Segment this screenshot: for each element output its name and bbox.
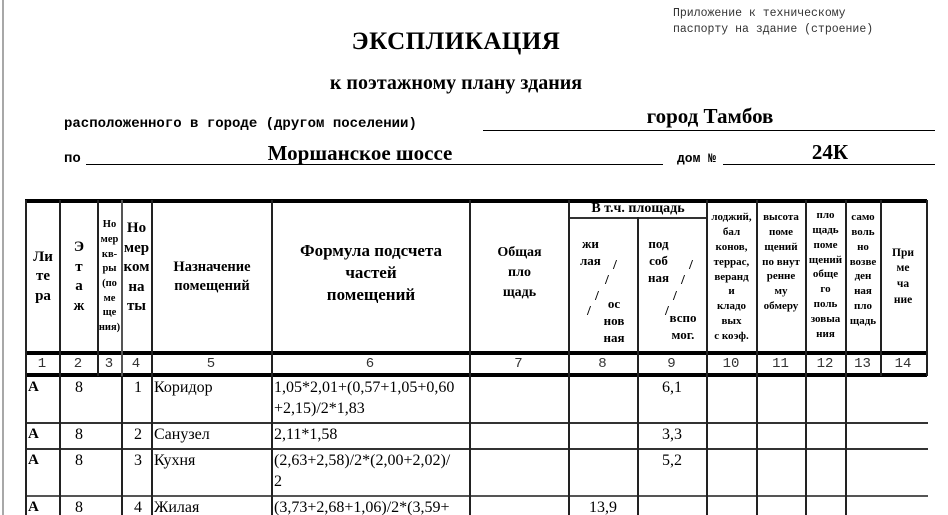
header-text-line: ра [33,287,53,307]
header-text-line: ная [850,284,877,299]
header-purpose: Назначениепомещений [153,203,271,351]
slash-divider: / [613,258,617,274]
header-text-line: ная [603,330,624,347]
cell-litera: А [28,497,58,515]
header-text-line: высота [762,210,800,225]
column-number: 5 [151,354,271,374]
house-label: дом № [677,151,716,166]
header-note: Примечание [881,203,925,351]
slash-divider: / [689,258,693,274]
header-text-line: Формула подсчета [300,240,442,262]
column-number: 8 [568,354,637,374]
header-text-line: мог. [670,327,697,344]
header-text-line: ос [603,296,624,313]
header-text-line: ренне [762,269,800,284]
header-text-line: веранд [711,270,751,285]
header-text-line: т [74,258,85,278]
header-text-line: возве [850,255,877,270]
cell-formula: 2,11*1,58 [274,424,468,445]
header-text-line: ча [892,277,914,293]
header-text-line: щений [809,253,842,268]
cell-floor: 8 [61,450,97,471]
header-total-area: Общаяплощадь [471,203,568,343]
header-text-line: Назначение [173,258,250,277]
cell-room: 3 [122,450,142,471]
header-text-line: бал [711,225,751,240]
header-text-line: Э [74,238,85,258]
header-text-line: нов [603,313,624,330]
header-text-line: и [711,284,751,299]
header-text-line: поме [809,238,842,253]
header-text-line: ния [809,327,842,342]
header-text-line: лая [580,253,601,270]
cell-purpose: Коридор [154,377,269,398]
slash-divider: / [587,304,591,320]
column-border [706,376,708,515]
header-text-line: но [850,240,877,255]
column-number: 2 [59,354,97,374]
header-text-line: мер [124,239,150,259]
header-text-line: мер [99,233,120,248]
header-incl-area-group: В т.ч. площадь [570,201,706,217]
header-text-line: те [33,267,53,287]
header-text-line: ры [99,262,120,277]
header-height: высотапомещенийпо внутреннемуобмеру [757,210,805,330]
cell-auxiliary-area: 5,2 [639,450,705,471]
column-border [469,376,471,515]
header-text-line: соб [648,253,669,270]
header-apt-number: Номеркв-ры(помещения) [98,203,121,351]
header-text-line: вых [711,314,751,329]
column-number: 11 [756,354,805,374]
header-text-line: обще [809,267,842,282]
column-number: 1 [25,354,59,374]
header-loggias: лоджий,балконов,террас,верандикладовыхс … [707,203,756,351]
document-title: ЭКСПЛИКАЦИЯ [0,28,912,56]
header-text-line: пло [497,263,541,283]
header-litera: Литера [27,203,59,351]
header-text-line: зовыа [809,312,842,327]
header-text-line: пло [809,208,842,223]
header-floor: Этаж [61,203,97,351]
cell-formula: (3,73+2,68+1,06)/2*(3,59+ [274,497,468,515]
header-text-line: ная [648,270,669,287]
header-text-line: пло [850,299,877,314]
header-text-line: конов, [711,240,751,255]
column-number: 3 [97,354,121,374]
column-border [845,376,847,515]
header-text-line: Ли [33,248,53,268]
cell-floor: 8 [61,497,97,515]
header-text-line: поль [809,297,842,312]
header-living-bottom: основная [594,296,634,346]
column-border [271,376,273,515]
cell-floor: 8 [61,424,97,445]
column-border [151,376,153,515]
column-number: 14 [880,354,926,374]
header-text-line: го [809,282,842,297]
document-subtitle: к поэтажному плану здания [0,72,912,95]
header-text-line: Но [99,218,120,233]
cell-auxiliary-area: 6,1 [639,377,705,398]
street-label: по [64,151,81,167]
column-number: 10 [706,354,756,374]
city-label: расположенного в городе (другом поселени… [64,116,417,132]
header-text-line: поме [762,225,800,240]
cell-purpose: Санузел [154,424,269,445]
cell-litera: А [28,377,58,398]
header-text-line: ты [124,297,150,317]
header-text-line: ж [74,297,85,317]
header-aux-bottom: вспомог. [661,310,705,346]
header-text-line: на [124,278,150,298]
cell-room: 4 [122,497,142,515]
cell-formula: 1,05*2,01+(0,57+1,05+0,60+2,15)/2*1,83 [274,377,468,419]
column-border [805,376,807,515]
cell-litera: А [28,450,58,471]
cell-floor: 8 [61,377,97,398]
header-text-line: частей [300,262,442,284]
house-value: 24К [770,140,890,165]
cell-purpose: Жилая [154,497,269,515]
cell-formula: (2,63+2,58)/2*(2,00+2,02)/2 [274,450,468,492]
column-border [568,376,570,515]
column-border [926,200,928,376]
header-room-number: Номеркомнаты [122,203,151,359]
header-text-line: щадь [809,223,842,238]
header-unauthorized: самовольновозведеннаяплощадь [846,210,880,340]
column-number: 12 [805,354,845,374]
header-text-line: с коэф. [711,329,751,344]
cell-room: 2 [122,424,142,445]
header-formula: Формула подсчетачастейпомещений [273,203,469,343]
cell-litera: А [28,424,58,445]
header-text-line: а [74,277,85,297]
header-text-line: кв- [99,248,120,263]
header-text-line: При [892,246,914,262]
street-value: Моршанское шоссе [200,141,520,166]
column-number: 6 [271,354,469,374]
header-text-line: ме [892,261,914,277]
column-number: 7 [469,354,568,374]
header-text-line: щений [762,240,800,255]
header-text-line: ден [850,269,877,284]
header-text-line: помещений [300,284,442,306]
header-text-line: ния) [99,321,120,336]
cell-living-area: 13,9 [570,497,636,515]
header-text-line: под [648,236,669,253]
column-border [568,200,570,376]
column-number: 9 [637,354,706,374]
header-text-line: щадь [497,283,541,303]
cell-purpose: Кухня [154,450,269,471]
cell-room: 1 [122,377,142,398]
cell-auxiliary-area: 3,3 [639,424,705,445]
city-underline [483,130,935,131]
header-text-line: Общая [497,243,541,263]
header-text-line: жи [580,236,601,253]
header-text-line: террас, [711,255,751,270]
slash-divider: / [605,273,609,289]
header-text-line: Но [124,219,150,239]
header-text-line: му [762,284,800,299]
city-value: город Тамбов [560,104,860,129]
column-number: 13 [845,354,880,374]
header-text-line: обмеру [762,299,800,314]
column-border [637,217,639,376]
header-text-line: помещений [173,277,250,296]
header-text-line: ме [99,292,120,307]
header-text-line: кладо [711,299,751,314]
appendix-line-1: Приложение к техническому [673,7,846,20]
header-text-line: ком [124,258,150,278]
header-text-line: вспо [670,310,697,327]
header-text-line: воль [850,225,877,240]
header-text-line: ще [99,306,120,321]
slash-divider: / [673,289,677,305]
header-common-area: площадьпомещенийобщегопользовыания [806,208,845,348]
header-text-line: (по [99,277,120,292]
column-border [25,376,27,515]
column-number: 4 [121,354,151,374]
header-text-line: по внут [762,255,800,270]
header-text-line: само [850,210,877,225]
header-text-line: ние [892,293,914,309]
header-text-line: лоджий, [711,210,751,225]
slash-divider: / [681,273,685,289]
header-text-line: щадь [850,314,877,329]
column-border [756,376,758,515]
